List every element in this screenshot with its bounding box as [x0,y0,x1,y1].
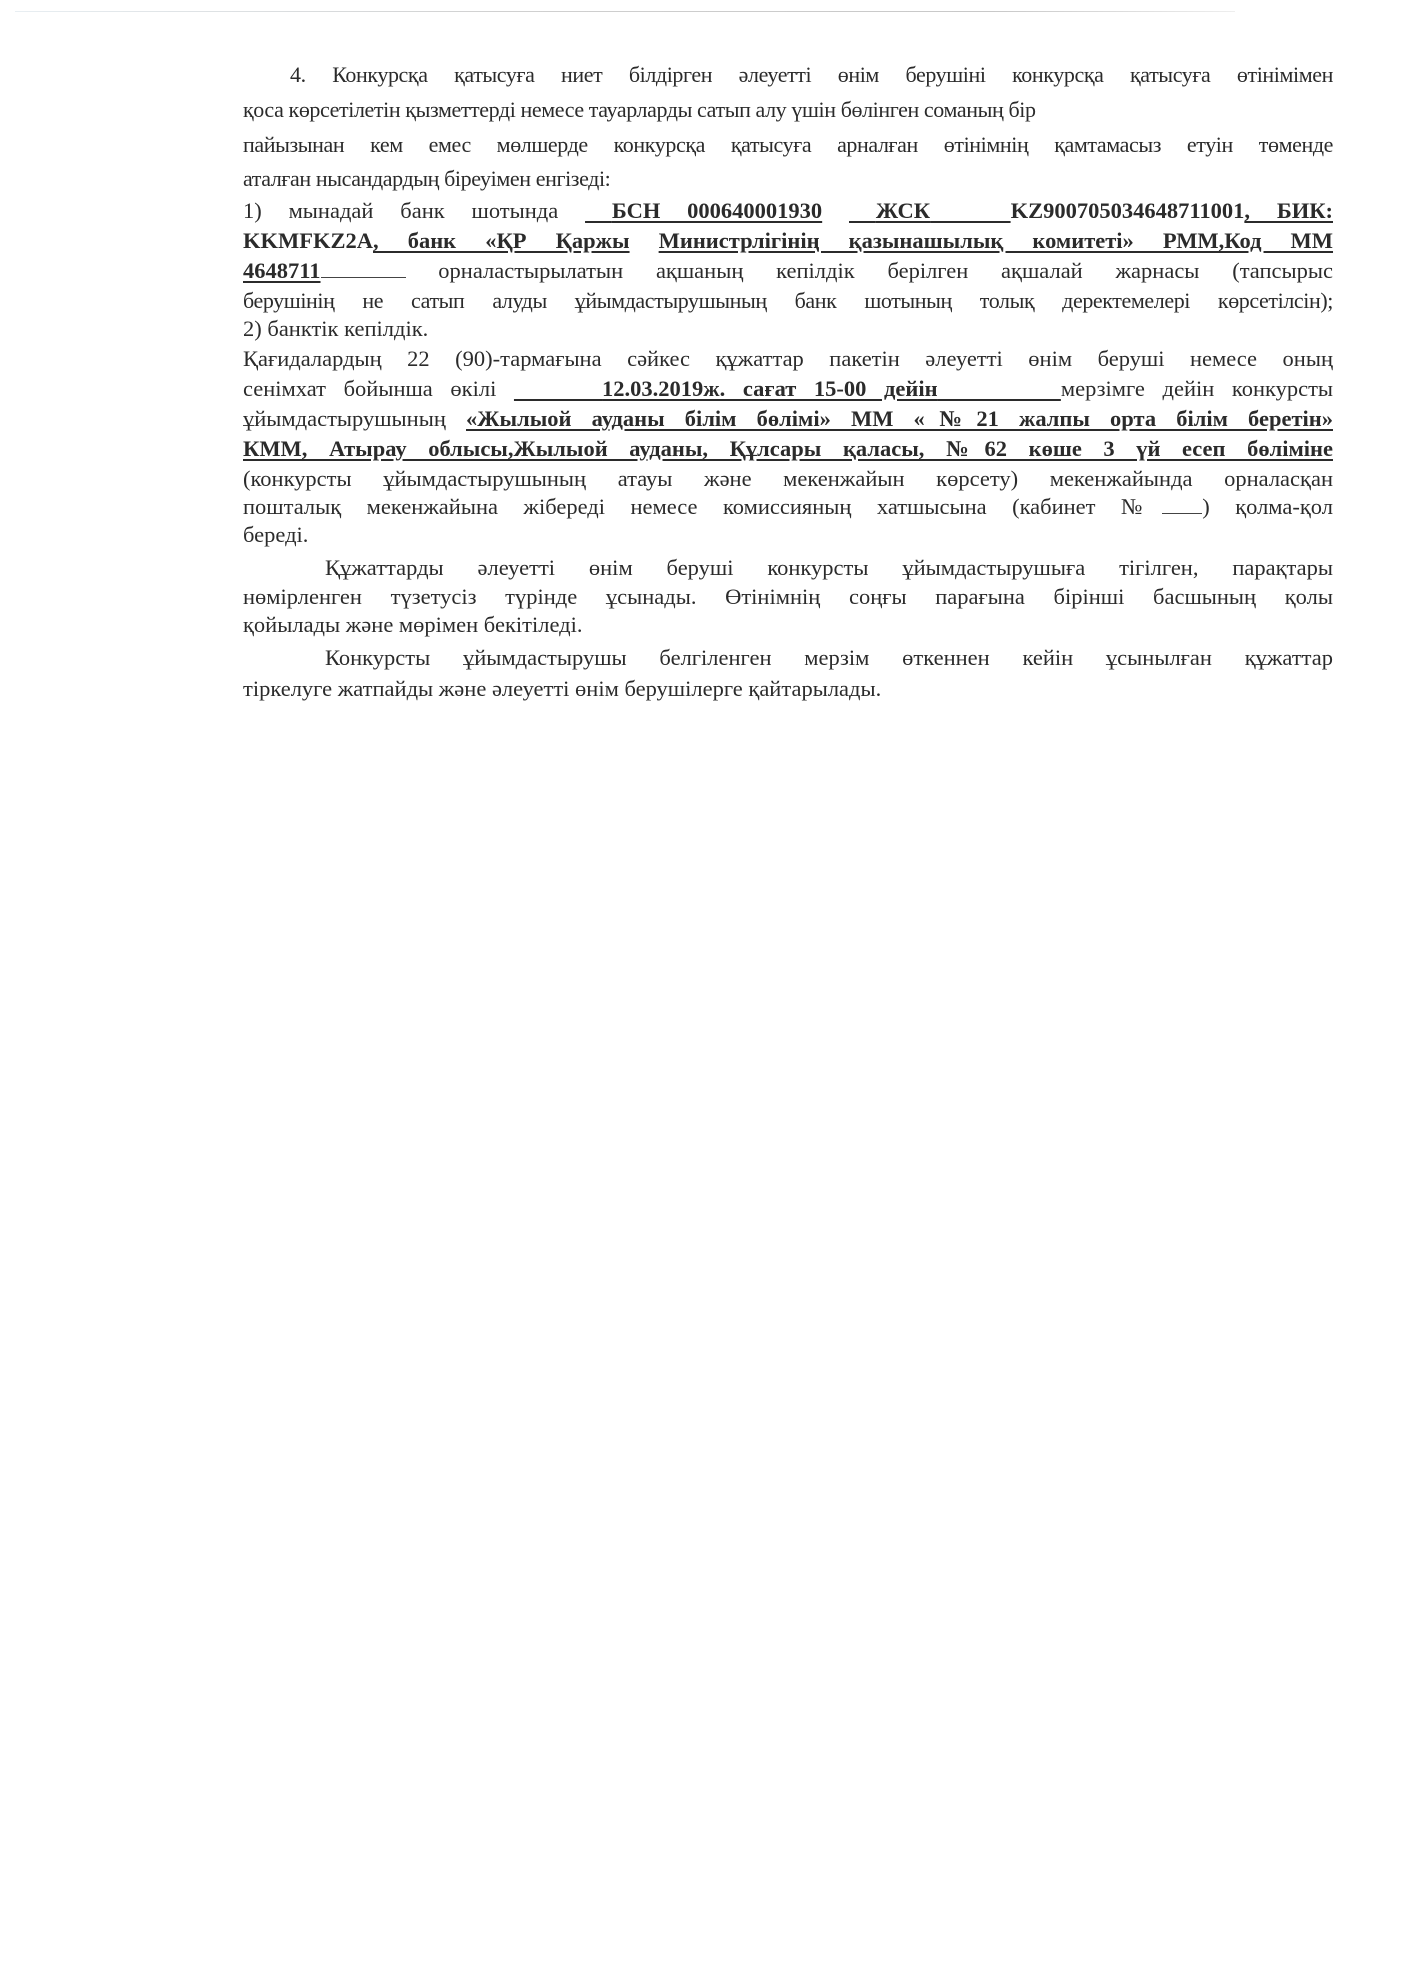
bin-value: БСН 000640001930 [585,198,822,223]
cabinet-number-blank [1162,495,1202,514]
bank-name-part-1: , банк «ҚР Қаржы [373,228,630,253]
deadline-value: 12.03.2019ж. сағат 15-00 дейін [514,376,1061,401]
rules-line-6-prefix: пошталық мекенжайына жібереді немесе ком… [243,494,1162,519]
bik-label: , БИК: [1244,198,1333,223]
paragraph-4-line-3: пайызынан кем емес мөлшерде конкурсқа қа… [243,130,1333,160]
paragraph-4-line-2: қоса көрсетілетін қызметтерді немесе тау… [243,95,1333,125]
rules-line-6-suffix: ) қолма-қол [1202,494,1333,519]
option-1-rest-text: орналастырылатын ақшаның кепілдік берілг… [438,258,1333,283]
option-2-line: 2) банктік кепілдік. [243,314,1333,344]
option-1-line-2: KKMFKZ2A, банк «ҚР Қаржы Министрлігінің … [243,226,1333,256]
scan-edge-line [15,11,1235,12]
rules-line-6: пошталық мекенжайына жібереді немесе ком… [243,492,1333,522]
bank-code: 4648711 [243,258,321,283]
blank-line [321,259,406,278]
option-1-line-3: 4648711 орналастырылатын ақшаның кепілді… [243,256,1333,286]
paragraph-4-line-4: аталған нысандардың біреуімен енгізеді: [243,164,1333,194]
iik-value: KZ900705034648711001 [1011,198,1245,223]
rules-line-7: береді. [243,520,1333,550]
organizer-name-part-1: «Жылыой ауданы білім бөлімі» ММ «№21 жал… [466,406,1333,431]
rules-line-1: Қағидалардың 22 (90)-тармағына сәйкес құ… [243,344,1333,374]
rules-line-3-prefix: ұйымдастырушының [243,406,446,431]
documents-line-2: нөмірленген түзетусіз түрінде ұсынады. Ө… [243,582,1333,612]
paragraph-4-line-1: 4. Конкурсқа қатысуға ниет білдірген әле… [290,60,1333,90]
organizer-name-part-2: КММ, Атырау облысы,Жылыой ауданы, Құлсар… [243,434,1333,464]
iik-label: ЖСК [849,198,1011,223]
late-line-2: тіркелуге жатпайды және әлеуетті өнім бе… [243,674,1333,704]
option-1-line-4: берушінің не сатып алуды ұйымдастырушыны… [243,286,1333,316]
option-1-prefix: 1) мынадай банк шотында [243,198,558,223]
documents-line-1: Құжаттарды әлеуетті өнім беруші конкурст… [325,553,1333,583]
option-1-line-1: 1) мынадай банк шотында БСН 000640001930… [243,196,1333,226]
documents-line-3: қойылады және мөрімен бекітіледі. [243,610,1333,640]
rules-line-2-prefix: сенімхат бойынша өкілі [243,376,496,401]
rules-line-3: ұйымдастырушының «Жылыой ауданы білім бө… [243,404,1333,434]
bank-name-part-2: Министрлігінің қазынашылық комитеті» РММ… [659,228,1333,253]
rules-line-2-suffix: мерзімге дейін конкурсты [1061,376,1333,401]
rules-line-2: сенімхат бойынша өкілі 12.03.2019ж. саға… [243,374,1333,404]
late-line-1: Конкурсты ұйымдастырушы белгіленген мерз… [325,643,1333,673]
bik-value: KKMFKZ2A [243,228,373,253]
rules-line-5: (конкурсты ұйымдастырушының атауы және м… [243,464,1333,494]
